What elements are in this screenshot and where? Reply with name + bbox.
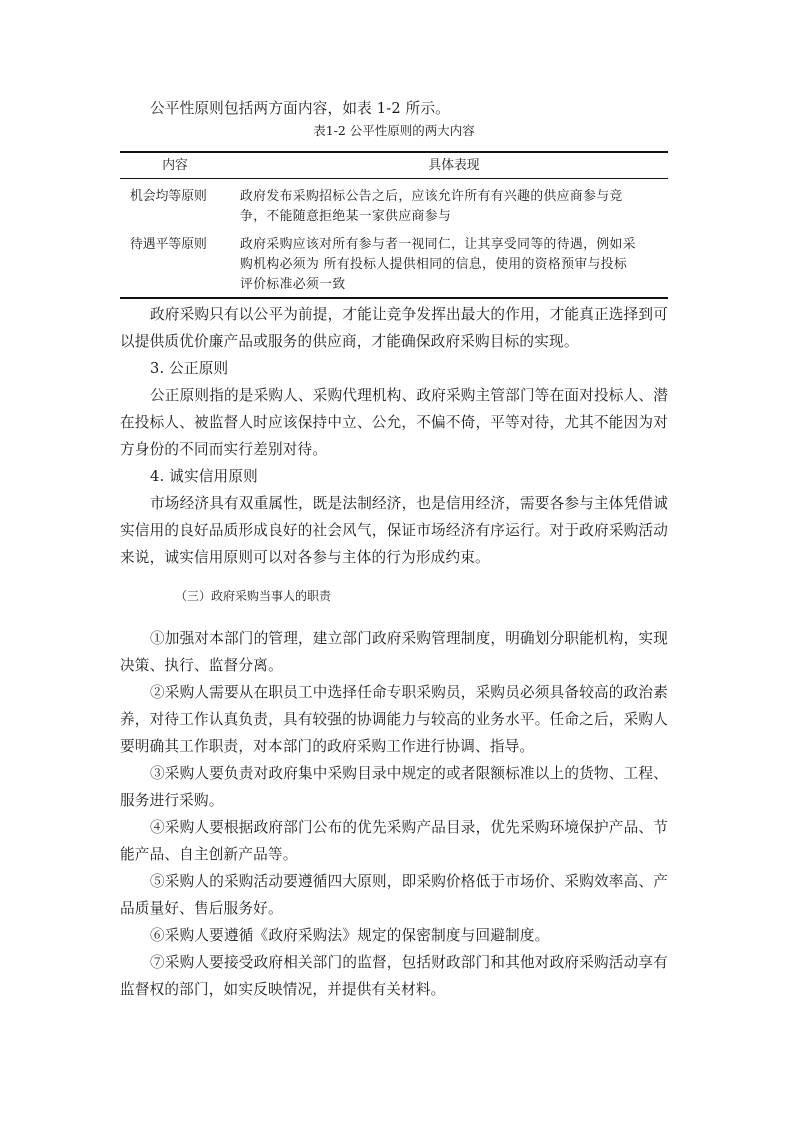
description-line: 政府采购应该对所有参与者一视同仁，让其享受同等的待遇，例如采 — [240, 235, 660, 255]
duty-item-3: ③采购人要负责对政府集中采购目录中规定的或者限额标准以上的货物、工程、服务进行采… — [120, 760, 668, 814]
duty-item-2: ②采购人需要从在职员工中选择任命专职采购员，采购员必须具备较高的政治素养，对待工… — [120, 679, 668, 760]
table-top-rule — [120, 151, 668, 153]
table-cell-description: 政府发布采购招标公告之后，应该允许所有有兴趣的供应商参与竞 争，不能随意拒绝某一… — [240, 187, 660, 227]
duty-item-4: ④采购人要根据政府部门公布的优先采购产品目录，优先采购环境保护产品、节能产品、自… — [120, 814, 668, 868]
table-header-content: 内容 — [120, 157, 230, 175]
description-line: 购机构必须为 所有投标人提供相同的信息，使用的资格预审与投标 — [240, 255, 660, 275]
duty-item-5: ⑤采购人的采购活动要遵循四大原则，即采购价格低于市场价、采购效率高、产品质量好、… — [120, 868, 668, 922]
table-header-rule — [120, 178, 668, 179]
justice-paragraph: 公正原则指的是采购人、采购代理机构、政府采购主管部门等在面对投标人、潜在投标人、… — [120, 382, 668, 463]
description-line: 争，不能随意拒绝某一家供应商参与 — [240, 207, 660, 227]
section-title: （三）政府采购当事人的职责 — [175, 587, 331, 605]
description-line: 评价标准必须一致 — [240, 275, 660, 295]
table-cell-principle: 待遇平等原则 — [130, 235, 230, 255]
table-cell-principle: 机会均等原则 — [130, 187, 230, 207]
duty-item-6: ⑥采购人要遵循《政府采购法》规定的保密制度与回避制度。 — [120, 922, 668, 949]
table-cell-description: 政府采购应该对所有参与者一视同仁，让其享受同等的待遇，例如采 购机构必须为 所有… — [240, 235, 660, 295]
fairness-conclusion-paragraph: 政府采购只有以公平为前提，才能让竞争发挥出最大的作用，才能真正选择到可以提供质优… — [120, 301, 668, 355]
table-header-description: 具体表现 — [240, 157, 668, 175]
table-bottom-rule — [120, 297, 668, 299]
intro-paragraph: 公平性原则包括两方面内容，如表 1-2 所示。 — [120, 95, 668, 122]
duty-item-1: ①加强对本部门的管理，建立部门政府采购管理制度，明确划分职能机构，实现决策、执行… — [120, 625, 668, 679]
description-line: 政府发布采购招标公告之后，应该允许所有有兴趣的供应商参与竞 — [240, 187, 660, 207]
duty-item-7: ⑦采购人要接受政府相关部门的监督，包括财政部门和其他对政府采购活动享有监督权的部… — [120, 949, 668, 1003]
heading-justice-principle: 3. 公正原则 — [120, 355, 668, 382]
heading-honesty-principle: 4. 诚实信用原则 — [120, 463, 668, 490]
table-caption: 表1-2 公平性原则的两大内容 — [120, 122, 668, 140]
honesty-paragraph: 市场经济具有双重属性，既是法制经济，也是信用经济，需要各参与主体凭借诚实信用的良… — [120, 490, 668, 571]
